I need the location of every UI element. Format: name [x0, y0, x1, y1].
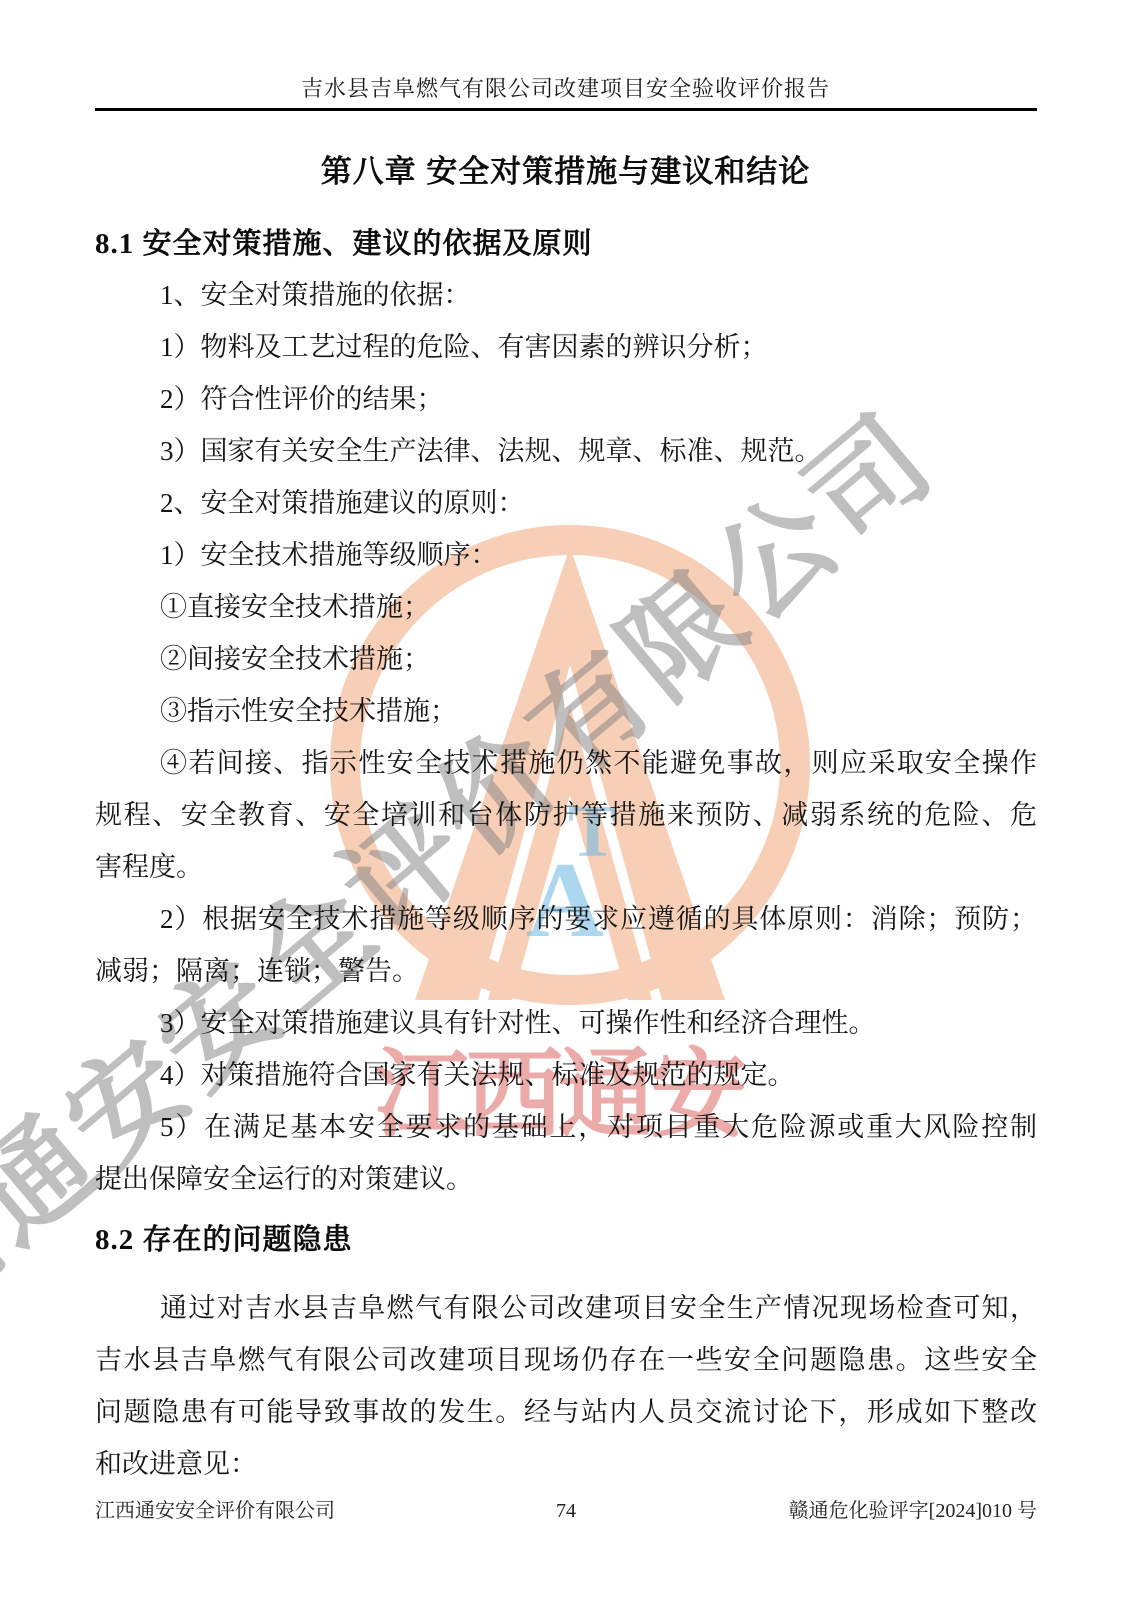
- paragraph-line: 减弱；隔离；连锁；警告。: [95, 945, 1037, 997]
- section-8-2-body: 通过对吉水县吉阜燃气有限公司改建项目安全生产情况现场检查可知， 吉水县吉阜燃气有…: [95, 1282, 1037, 1490]
- paragraph-line: 问题隐患有可能导致事故的发生。经与站内人员交流讨论下，形成如下整改: [95, 1386, 1037, 1438]
- footer-page-number: 74: [516, 1497, 616, 1525]
- chapter-title: 第八章 安全对策措施与建议和结论: [0, 152, 1131, 192]
- paragraph-line: 1）安全技术措施等级顺序：: [95, 529, 1037, 581]
- section-heading-8-1: 8.1 安全对策措施、建议的依据及原则: [95, 227, 593, 261]
- paragraph-line: 1）物料及工艺过程的危险、有害因素的辨识分析；: [95, 321, 1037, 373]
- paragraph-line: ①直接安全技术措施；: [95, 581, 1037, 633]
- paragraph-line: ④若间接、指示性安全技术措施仍然不能避免事故，则应采取安全操作: [95, 737, 1037, 789]
- document-content: 吉水县吉阜燃气有限公司改建项目安全验收评价报告 第八章 安全对策措施与建议和结论…: [0, 0, 1131, 1600]
- footer-document-number: 赣通危化验评字[2024]010 号: [789, 1497, 1037, 1525]
- paragraph-line: 2）符合性评价的结果；: [95, 373, 1037, 425]
- header-rule: [95, 108, 1037, 111]
- paragraph-line: 吉水县吉阜燃气有限公司改建项目现场仍存在一些安全问题隐患。这些安全: [95, 1334, 1037, 1386]
- footer-company: 江西通安安全评价有限公司: [95, 1497, 335, 1525]
- paragraph-line: 和改进意见：: [95, 1438, 1037, 1490]
- header-title: 吉水县吉阜燃气有限公司改建项目安全验收评价报告: [301, 76, 830, 101]
- paragraph-line: 规程、安全教育、安全培训和台体防护等措施来预防、减弱系统的危险、危: [95, 789, 1037, 841]
- page-footer: 江西通安安全评价有限公司 74 赣通危化验评字[2024]010 号: [95, 1497, 1037, 1525]
- paragraph-line: 1、安全对策措施的依据：: [95, 269, 1037, 321]
- section-8-1-body: 1、安全对策措施的依据： 1）物料及工艺过程的危险、有害因素的辨识分析； 2）符…: [95, 269, 1037, 1205]
- paragraph-line: 提出保障安全运行的对策建议。: [95, 1153, 1037, 1205]
- paragraph-line: 2）根据安全技术措施等级顺序的要求应遵循的具体原则：消除；预防；: [95, 893, 1037, 945]
- page-header: 吉水县吉阜燃气有限公司改建项目安全验收评价报告: [0, 76, 1131, 102]
- paragraph-line: ②间接安全技术措施；: [95, 633, 1037, 685]
- paragraph-line: 4）对策措施符合国家有关法规、标准及规范的规定。: [95, 1049, 1037, 1101]
- report-page: T A 江西通安安全评价有限公司 江西通安 吉水县吉阜燃气有限公司改建项目安全验…: [0, 0, 1131, 1600]
- paragraph-line: 害程度。: [95, 841, 1037, 893]
- section-heading-8-2: 8.2 存在的问题隐患: [95, 1223, 353, 1257]
- paragraph-line: ③指示性安全技术措施；: [95, 685, 1037, 737]
- paragraph-line: 3）国家有关安全生产法律、法规、规章、标准、规范。: [95, 425, 1037, 477]
- paragraph-line: 通过对吉水县吉阜燃气有限公司改建项目安全生产情况现场检查可知，: [95, 1282, 1037, 1334]
- paragraph-line: 3）安全对策措施建议具有针对性、可操作性和经济合理性。: [95, 997, 1037, 1049]
- paragraph-line: 5）在满足基本安全要求的基础上，对项目重大危险源或重大风险控制: [95, 1101, 1037, 1153]
- paragraph-line: 2、安全对策措施建议的原则：: [95, 477, 1037, 529]
